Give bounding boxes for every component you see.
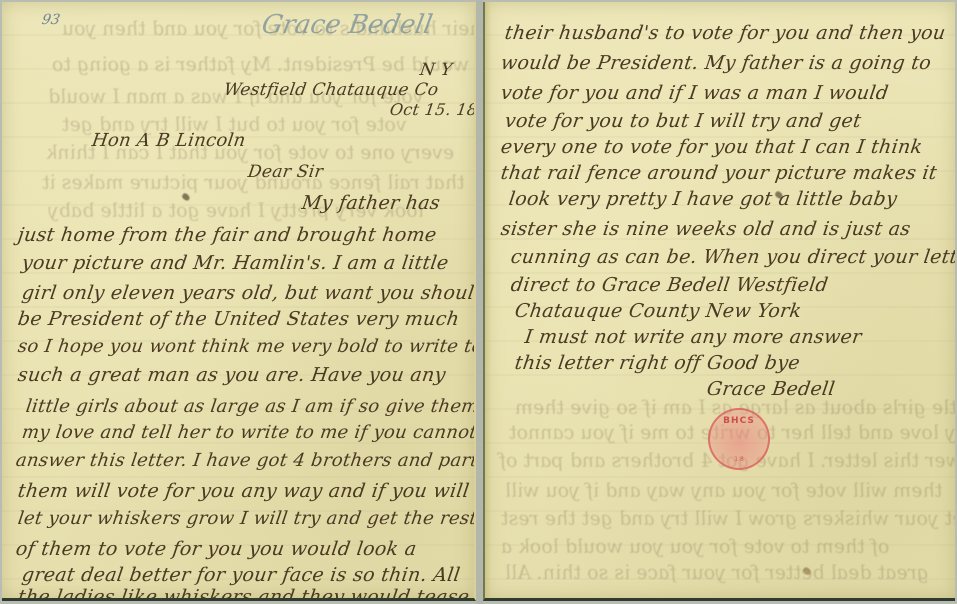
letter-line: so I hope you wont think me very bold to… [17, 336, 476, 357]
heading-date: Oct 15. 1860 [389, 100, 476, 119]
letter-line: my love and tell her to write to me if y… [21, 422, 476, 443]
library-stamp: BHCS 1 8 [708, 408, 770, 470]
bleed-through-text: them will vote for you any way and if yo… [503, 480, 943, 502]
letter-line: that rail fence around your picture make… [499, 162, 938, 184]
letter-line: great deal better for your face is so th… [20, 564, 461, 586]
letter-line: would be President. My father is a going… [499, 52, 932, 74]
letter-line: direct to Grace Bedell Westfield [509, 274, 829, 296]
letter-line: the ladies like whiskers and they would … [16, 586, 470, 601]
letter-line: little girls about as large as I am if s… [25, 396, 476, 417]
heading-state: N Y [419, 60, 454, 80]
pencil-annotation: Grace Bedell [259, 10, 434, 40]
bleed-through-text: great deal better for your face is so th… [503, 562, 930, 584]
letter-line: Chatauque County New York [513, 300, 803, 322]
letter-page-2: little girls about as large as I am if s… [483, 2, 955, 601]
bleed-through-text: of them to vote for you you would look a [499, 536, 891, 558]
letter-line: answer this letter. I have got 4 brother… [15, 450, 476, 471]
salutation-addressee: Hon A B Lincoln [91, 130, 248, 151]
salutation: Dear Sir [247, 162, 325, 182]
heading-place: Westfield Chatauque Co [223, 80, 440, 100]
letter-line: girl only eleven years old, but want you… [20, 282, 476, 304]
bleed-through-text: would be President. My father is a going… [50, 54, 470, 76]
stamp-text: BHCS [723, 416, 755, 426]
letter-line: vote for you to but I will try and get [503, 110, 862, 132]
letter-line: look very pretty I have got a little bab… [507, 188, 898, 210]
letter-line: cunning as can be. When you direct your … [509, 246, 955, 268]
letter-page-1: their husband's to vote for you and then… [2, 2, 476, 601]
letter-line: vote for you and if I was a man I would [499, 82, 889, 104]
folio-number: 93 [41, 12, 62, 28]
letter-line: your picture and Mr. Hamlin's. I am a li… [20, 252, 450, 274]
stamp-bottom-text: 1 8 [734, 456, 744, 463]
letter-line: every one to vote for you that I can I t… [499, 136, 923, 158]
document-viewer: their husband's to vote for you and then… [0, 0, 957, 604]
letter-line: of them to vote for you you would look a [14, 538, 418, 560]
letter-line: this letter right off Good bye [513, 352, 801, 374]
letter-line: sister she is nine weeks old and is just… [499, 218, 912, 240]
bleed-through-text: let your whiskers grow I will try and ge… [499, 508, 955, 530]
letter-line: I must not write any more answer [523, 326, 863, 348]
letter-line: such a great man as you are. Have you an… [16, 364, 447, 386]
letter-line: be President of the United States very m… [16, 308, 460, 330]
letter-line: them will vote for you any way and if yo… [16, 480, 470, 502]
signature: Grace Bedell [705, 378, 836, 400]
letter-line: their husband's to vote for you and then… [503, 22, 947, 44]
letter-line: let your whiskers grow I will try and ge… [17, 508, 476, 529]
page-fold [485, 2, 491, 598]
letter-line: just home from the fair and brought home [16, 224, 438, 246]
letter-line: My father has [300, 192, 441, 214]
page-gutter [476, 0, 483, 604]
